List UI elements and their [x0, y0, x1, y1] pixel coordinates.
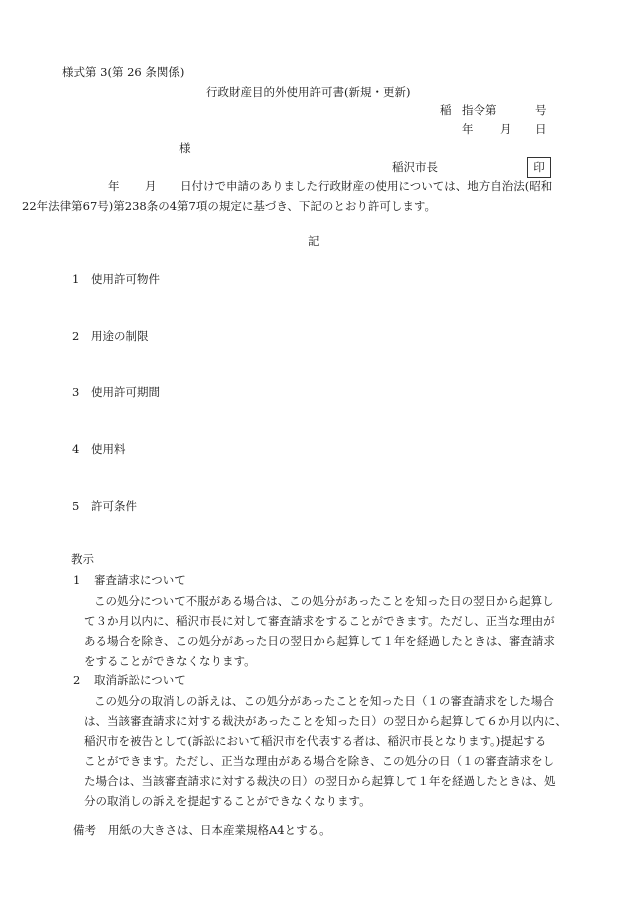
- remarks-text: 用紙の大きさは、日本産業規格A4とする。: [108, 823, 331, 838]
- ref-prefix: 稲: [440, 103, 452, 118]
- date-day: 日: [535, 122, 547, 137]
- notice-1-line-1: この処分について不服がある場合は、この処分があったことを知った日の翌日から起算し: [94, 591, 554, 612]
- item-5-label: 許可条件: [91, 499, 137, 514]
- notice-1-title: 審査請求について: [94, 573, 186, 588]
- notice-2-number: 2: [73, 673, 80, 688]
- item-3-number: 3: [72, 385, 79, 400]
- ref-suffix: 号: [535, 103, 547, 118]
- notice-1-line-4: をすることができなくなります。: [84, 651, 256, 672]
- intro-month: 月: [145, 179, 157, 194]
- notice-1-number: 1: [73, 573, 80, 588]
- notice-2-line-5: た場合は、当該審査請求に対する裁決の日）の翌日から起算して１年を経過したときは、…: [84, 771, 556, 792]
- date-month: 月: [500, 122, 512, 137]
- notice-heading: 教示: [71, 552, 94, 567]
- intro-year: 年: [108, 179, 120, 194]
- item-1-label: 使用許可物件: [91, 272, 160, 287]
- notice-2-line-2: は、当該審査請求に対する裁決があったことを知った日）の翌日から起算して６か月以内…: [84, 711, 567, 732]
- ref-label: 指令第: [462, 103, 497, 118]
- intro-line-1: 日付けで申請のありました行政財産の使用については、地方自治法(昭和: [180, 179, 552, 194]
- item-3-label: 使用許可期間: [91, 385, 160, 400]
- item-4-number: 4: [72, 442, 79, 457]
- notice-2-title: 取消訴訟について: [94, 673, 186, 688]
- item-2-number: 2: [72, 329, 79, 344]
- item-4-label: 使用料: [91, 442, 126, 457]
- notice-2-line-1: この処分の取消しの訴えは、この処分があったことを知った日（１の審査請求をした場合: [94, 691, 554, 712]
- intro-line-2: 22年法律第67号)第238条の4第7項の規定に基づき、下記のとおり許可します。: [22, 199, 436, 214]
- notice-1-line-2: て３か月以内に、稲沢市長に対して審査請求をすることができます。ただし、正当な理由…: [84, 611, 555, 632]
- remarks-label: 備考: [73, 823, 96, 838]
- addressee-suffix: 様: [179, 141, 191, 156]
- date-year: 年: [462, 122, 474, 137]
- document-title: 行政財産目的外使用許可書(新規・更新): [206, 85, 410, 100]
- seal-box: 印: [527, 157, 551, 178]
- form-number: 様式第 3(第 26 条関係): [62, 65, 184, 80]
- notice-2-line-6: 分の取消しの訴えを提起することができなくなります。: [84, 791, 371, 812]
- item-1-number: 1: [72, 272, 79, 287]
- notice-2-line-3: 稲沢市を被告として(訴訟において稲沢市を代表する者は、稲沢市長となります。)提起…: [84, 731, 546, 752]
- notice-1-line-3: ある場合を除き、この処分があった日の翌日から起算して１年を経過したときは、審査請…: [84, 631, 555, 652]
- ki-heading: 記: [308, 234, 320, 249]
- item-5-number: 5: [72, 499, 79, 514]
- notice-2-line-4: ことができます。ただし、正当な理由がある場合を除き、この処分の日（１の審査請求を…: [84, 751, 554, 772]
- item-2-label: 用途の制限: [91, 329, 149, 344]
- issuer-name: 稲沢市長: [392, 160, 438, 175]
